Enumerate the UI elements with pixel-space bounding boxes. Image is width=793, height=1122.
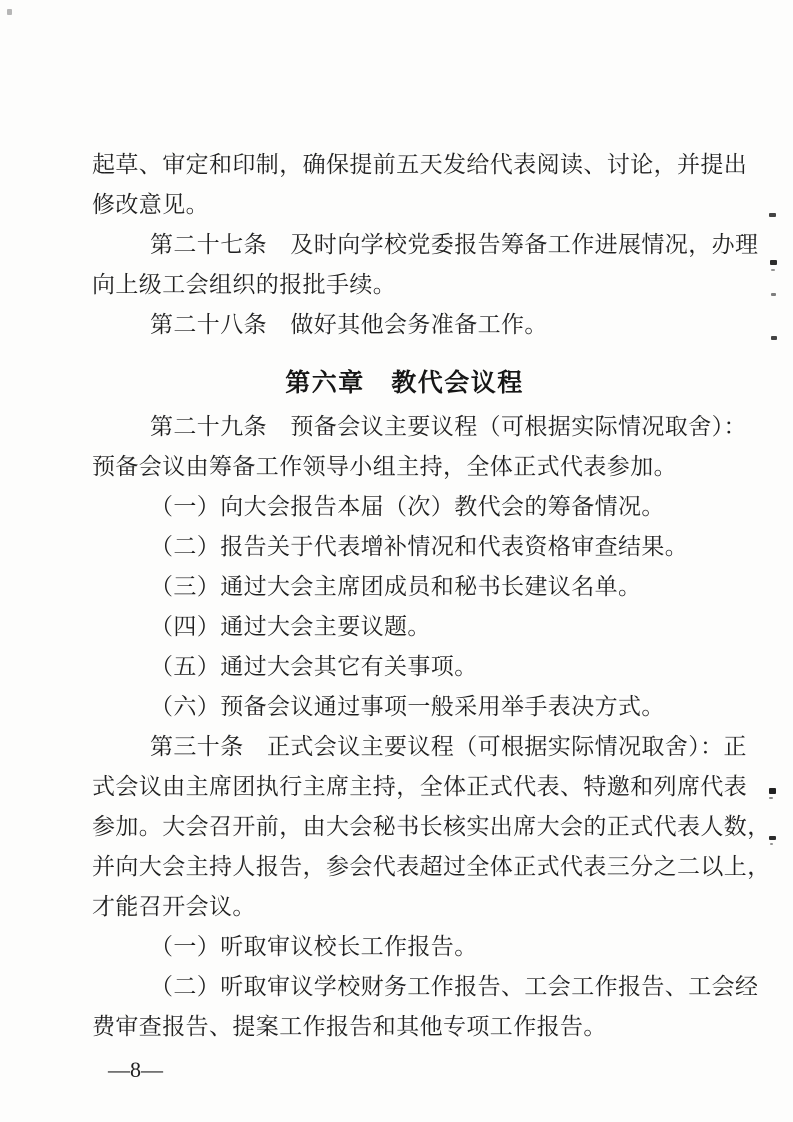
- scan-speck: [771, 293, 776, 296]
- text-line: （一）向大会报告本届（次）教代会的筹备情况。: [92, 487, 717, 527]
- text-line: （四）通过大会主要议题。: [92, 607, 717, 647]
- text-line: 费审查报告、提案工作报告和其他专项工作报告。: [92, 1007, 717, 1047]
- scan-speck: [7, 9, 12, 15]
- text-line: （三）通过大会主席团成员和秘书长建议名单。: [92, 567, 717, 607]
- document-page: 起草、审定和印制，确保提前五天发给代表阅读、讨论，并提出修改意见。第二十七条 及…: [0, 0, 793, 1122]
- text-line: （二）报告关于代表增补情况和代表资格审查结果。: [92, 527, 717, 567]
- scan-speck: [771, 336, 777, 340]
- scan-speck: [771, 269, 775, 271]
- text-line: （六）预备会议通过事项一般采用举手表决方式。: [92, 687, 717, 727]
- text-line: 第二十七条 及时向学校党委报告筹备工作进展情况，办理: [92, 225, 717, 265]
- chapter-heading: 第六章 教代会议程: [92, 363, 717, 403]
- document-content: 起草、审定和印制，确保提前五天发给代表阅读、讨论，并提出修改意见。第二十七条 及…: [92, 145, 717, 1087]
- scan-speck: [769, 797, 773, 799]
- text-line: 起草、审定和印制，确保提前五天发给代表阅读、讨论，并提出: [92, 145, 717, 185]
- scan-speck: [769, 788, 776, 794]
- text-line: 修改意见。: [92, 185, 717, 225]
- text-line: （五）通过大会其它有关事项。: [92, 647, 717, 687]
- text-line: 第三十条 正式会议主要议程（可根据实际情况取舍）：正: [92, 727, 717, 767]
- text-line: 向上级工会组织的报批手续。: [92, 265, 717, 305]
- text-line: （二）听取审议学校财务工作报告、工会工作报告、工会经: [92, 967, 717, 1007]
- scan-speck: [769, 213, 776, 217]
- text-line: 参加。大会召开前，由大会秘书长核实出席大会的正式代表人数，: [92, 807, 717, 847]
- text-line: 式会议由主席团执行主席主持，全体正式代表、特邀和列席代表: [92, 767, 717, 807]
- text-line: 并向大会主持人报告，参会代表超过全体正式代表三分之二以上，: [92, 847, 717, 887]
- page-number: —8—: [92, 1053, 717, 1087]
- scan-speck: [769, 836, 776, 840]
- scan-speck: [770, 843, 773, 845]
- scan-speck: [770, 260, 777, 265]
- text-line: 第二十九条 预备会议主要议程（可根据实际情况取舍）：: [92, 407, 717, 447]
- text-line: （一）听取审议校长工作报告。: [92, 927, 717, 967]
- text-line: 才能召开会议。: [92, 887, 717, 927]
- text-line: 第二十八条 做好其他会务准备工作。: [92, 305, 717, 345]
- text-line: 预备会议由筹备工作领导小组主持，全体正式代表参加。: [92, 447, 717, 487]
